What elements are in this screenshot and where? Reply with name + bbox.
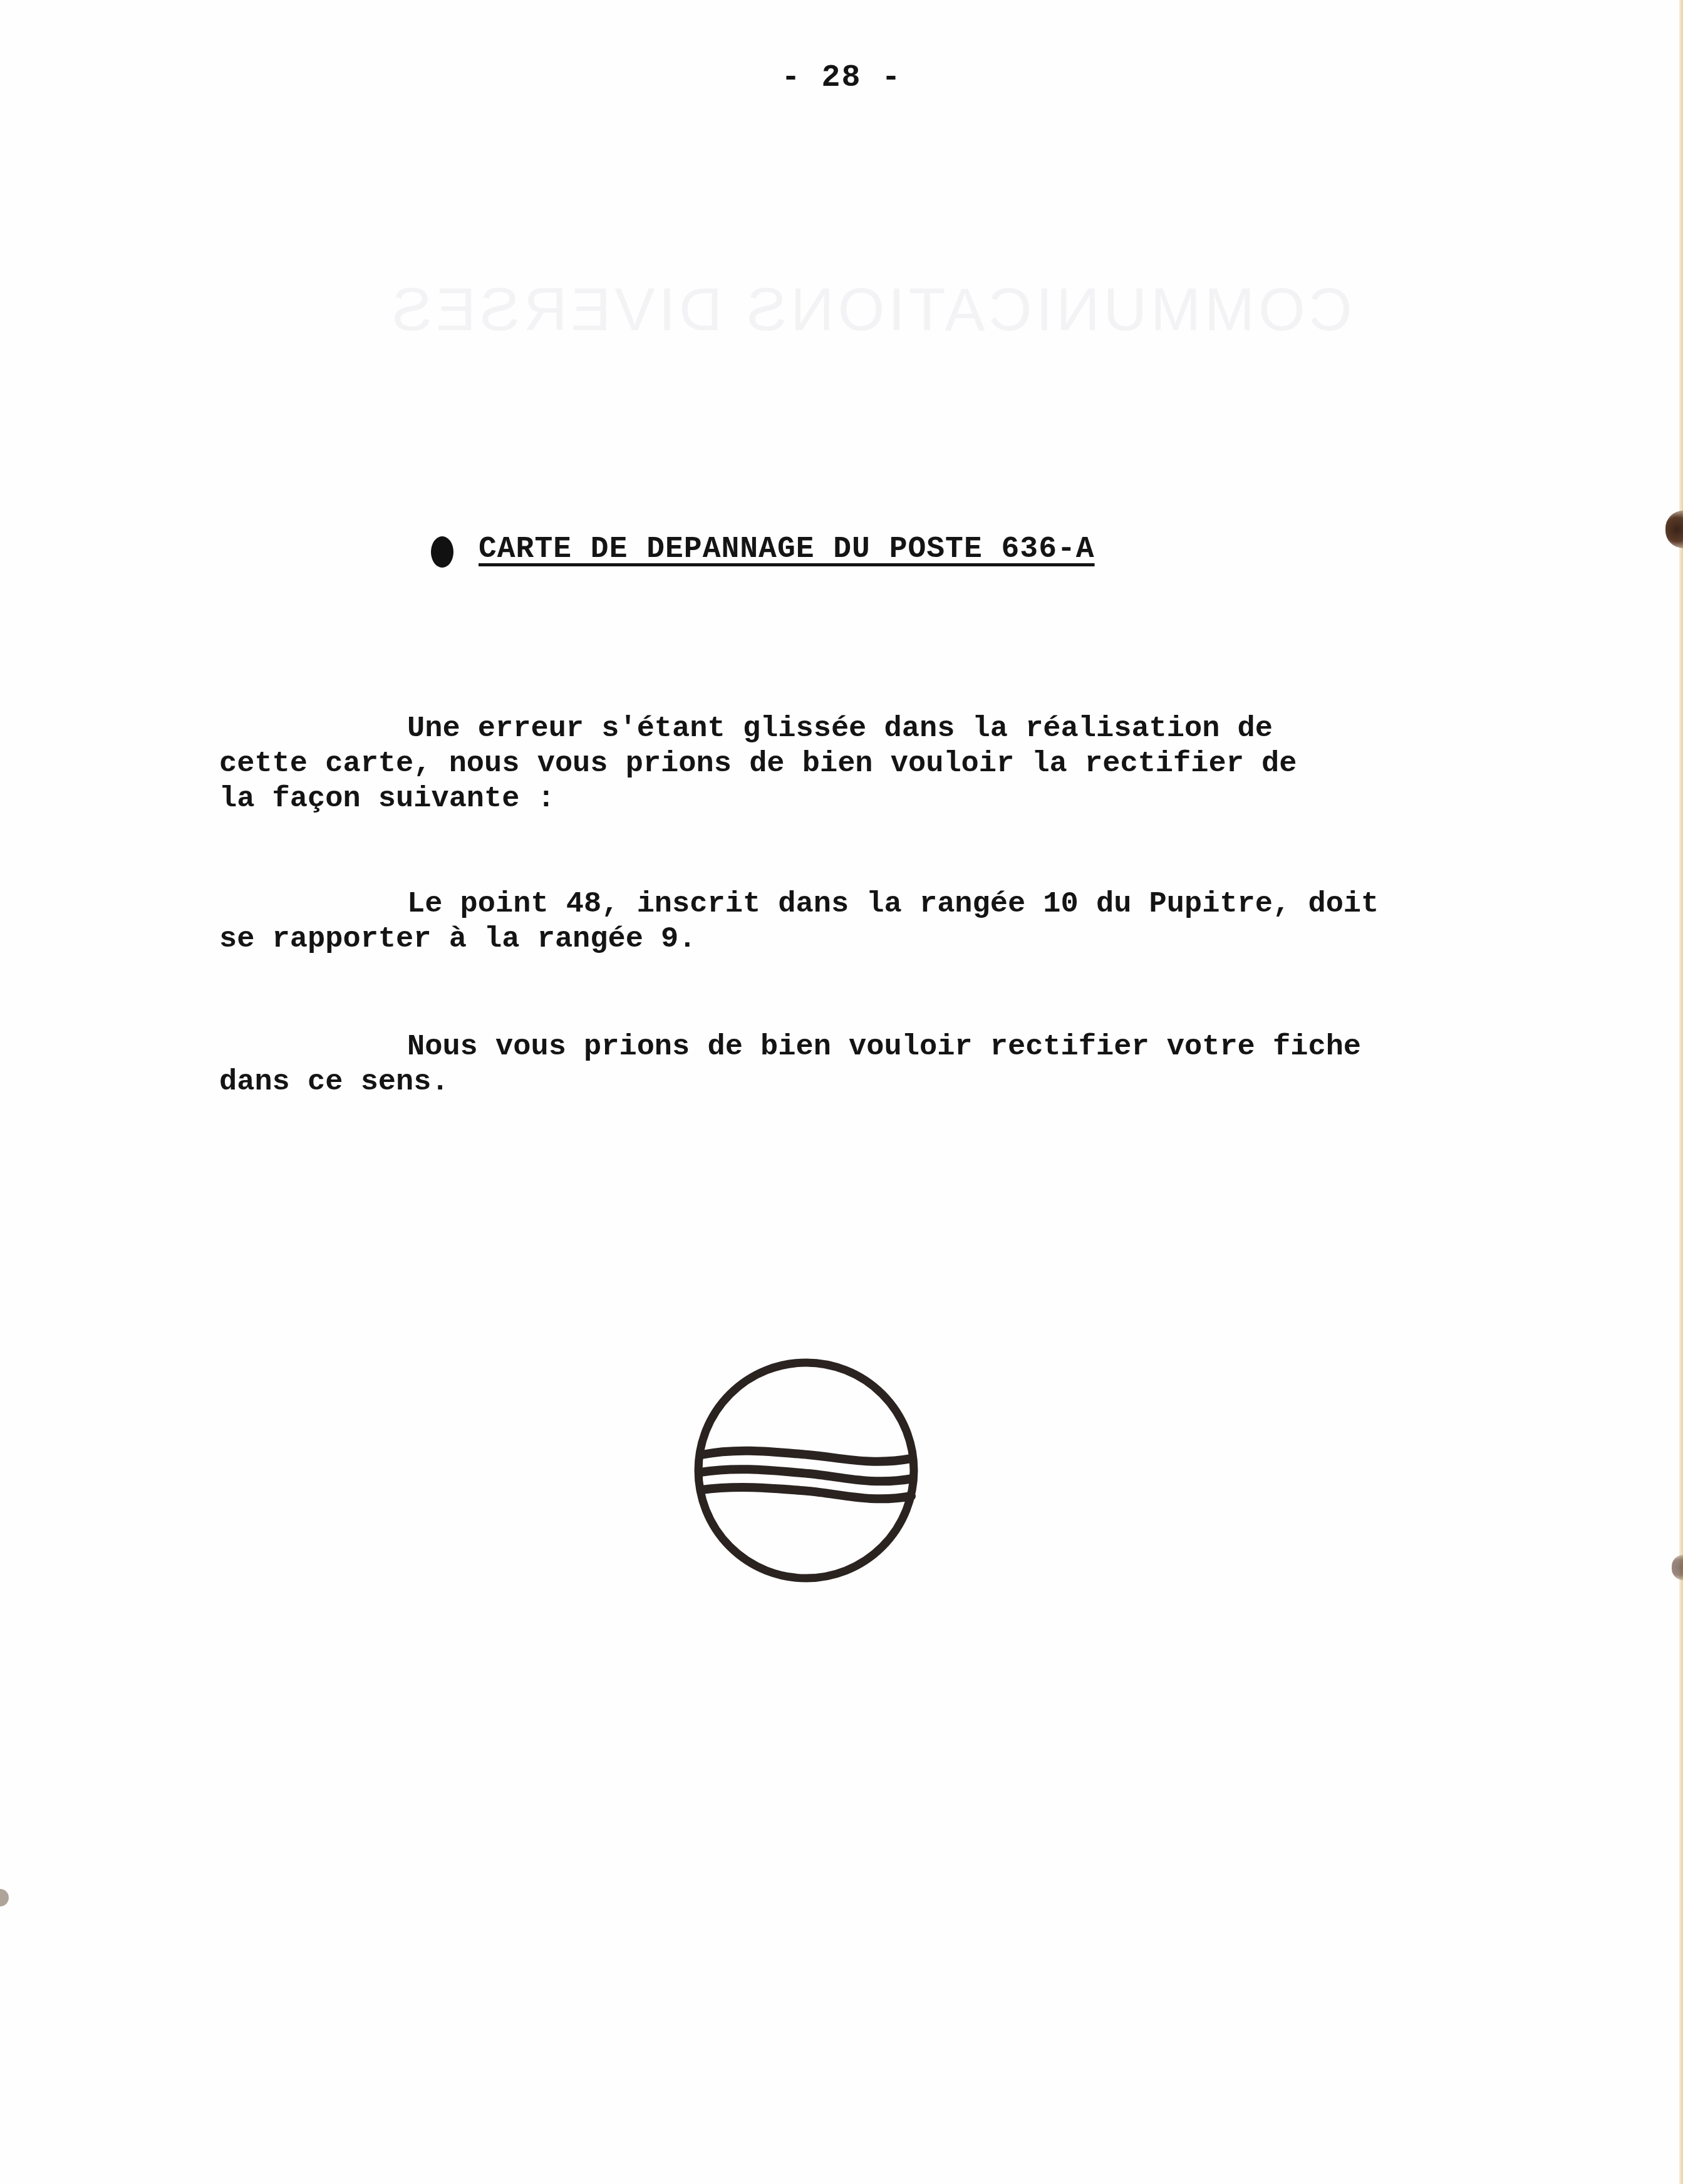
paper-edge [1679,0,1683,2184]
paragraph-line: Une erreur s'étant glissée dans la réali… [219,712,1503,747]
paragraph-correction: Le point 48, inscrit dans la rangée 10 d… [219,887,1503,957]
document-page: COMMUNICATIONS DIVERSES - 28 - CARTE DE … [0,0,1683,2184]
page-number: - 28 - [0,60,1683,96]
punch-hole-icon [1665,511,1683,548]
paragraph-line: la façon suivante : [219,782,1503,817]
paragraph-request: Nous vous prions de bien vouloir rectifi… [219,1030,1503,1100]
filled-circle-bullet-icon [431,536,453,568]
paper-stain [0,1889,9,1906]
paragraph-line: Le point 48, inscrit dans la rangée 10 d… [219,887,1503,922]
paragraph-line: dans ce sens. [219,1065,1503,1100]
bleed-through-text: COMMUNICATIONS DIVERSES [388,276,1352,345]
section-heading: CARTE DE DEPANNAGE DU POSTE 636-A [431,531,1095,568]
paragraph-line: cette carte, nous vous prions de bien vo… [219,747,1503,782]
paragraph-line: se rapporter à la rangée 9. [219,922,1503,957]
paragraph-error-notice: Une erreur s'étant glissée dans la réali… [219,712,1503,817]
punch-hole-icon [1672,1555,1683,1580]
section-title: CARTE DE DEPANNAGE DU POSTE 636-A [479,533,1095,566]
paragraph-line: Nous vous prions de bien vouloir rectifi… [219,1030,1503,1065]
circle-with-waves-logo-icon [689,1353,924,1588]
